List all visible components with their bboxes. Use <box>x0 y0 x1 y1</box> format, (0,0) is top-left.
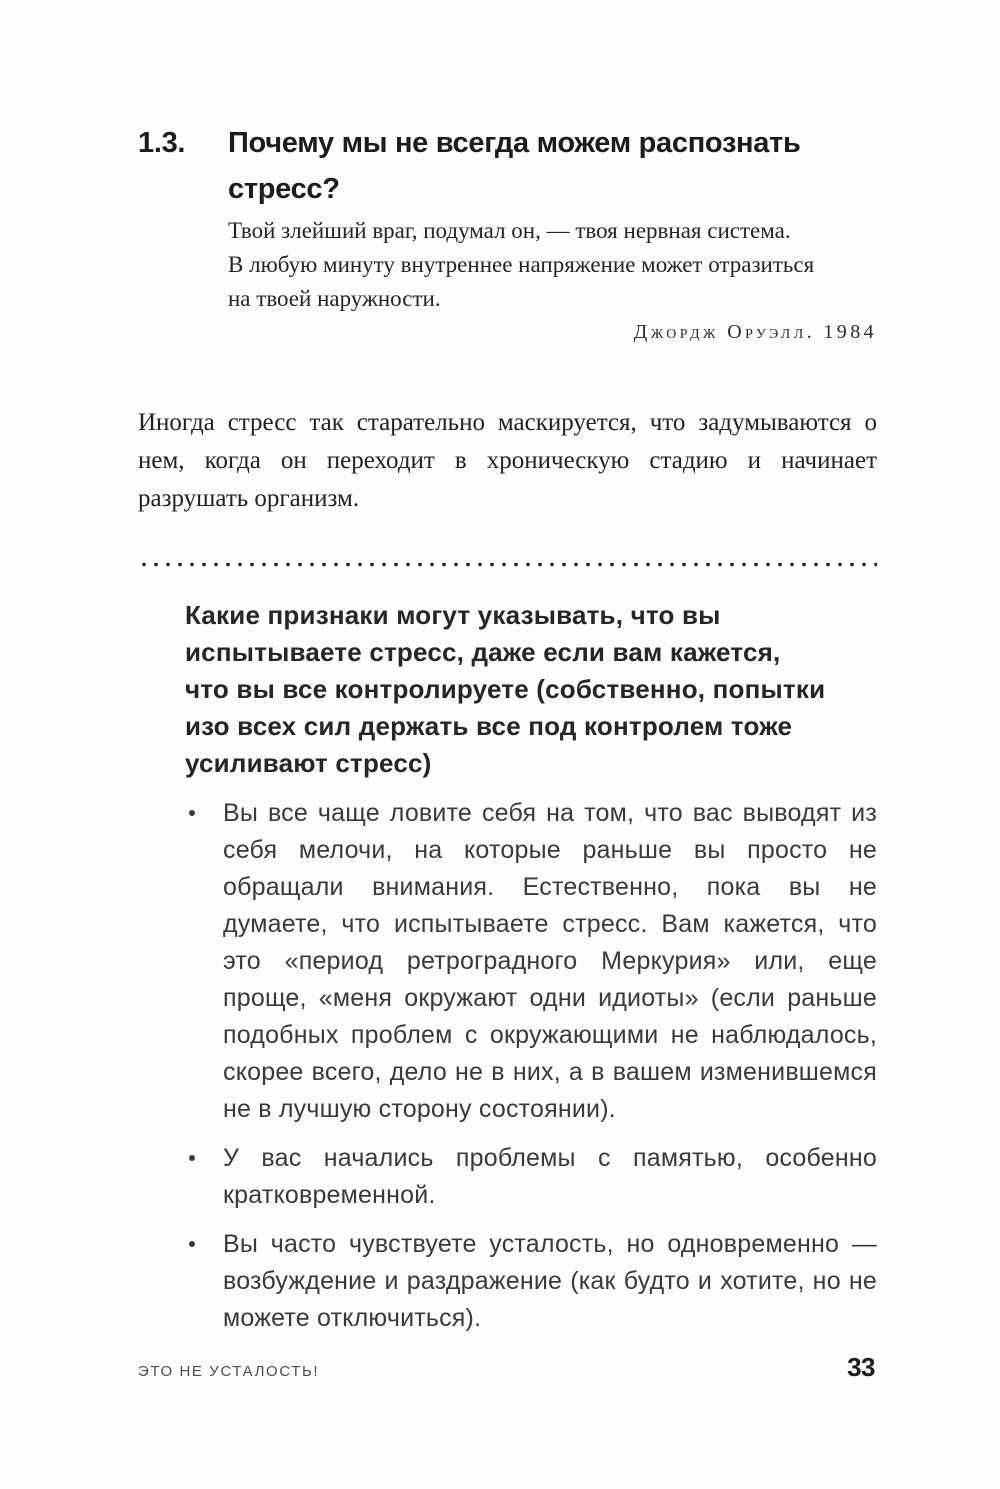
list-item-text: У вас начались проблемы с памятью, особе… <box>223 1144 877 1209</box>
list-item: У вас начались проблемы с памятью, особе… <box>185 1140 877 1214</box>
page-content: 1.3. Почему мы не всегда можем распознат… <box>138 120 877 1349</box>
running-title: ЭТО НЕ УСТАЛОСТЬ! <box>138 1363 319 1380</box>
list-item: Вы часто чувствуете усталость, но одновр… <box>185 1226 877 1337</box>
list-item-text: Вы все чаще ловите себя на том, что вас … <box>223 799 877 1123</box>
signs-callout: Какие признаки могут указывать, что вы и… <box>185 597 877 1337</box>
callout-heading: Какие признаки могут указывать, что вы и… <box>185 597 877 782</box>
book-page: 1.3. Почему мы не всегда можем распознат… <box>0 0 1000 1489</box>
section-title: Почему мы не всегда можем распознать стр… <box>228 120 877 212</box>
list-item-text: Вы часто чувствуете усталость, но одновр… <box>223 1230 877 1332</box>
lead-paragraph: Иногда стресс так старательно маскируетс… <box>138 404 877 518</box>
epigraph: Твой злейший враг, подумал он, — твоя не… <box>228 214 877 344</box>
page-number: 33 <box>847 1352 875 1383</box>
signs-list: Вы все чаще ловите себя на том, что вас … <box>185 795 877 1337</box>
section-number: 1.3. <box>138 120 228 166</box>
list-item: Вы все чаще ловите себя на том, что вас … <box>185 795 877 1128</box>
bullet-icon <box>189 1155 195 1161</box>
bullet-icon <box>189 810 195 816</box>
dotted-divider <box>138 562 877 567</box>
epigraph-attribution: Джордж Оруэлл. 1984 <box>228 321 877 344</box>
page-footer: ЭТО НЕ УСТАЛОСТЬ! 33 <box>138 1352 875 1383</box>
section-heading: 1.3. Почему мы не всегда можем распознат… <box>138 120 877 212</box>
bullet-icon <box>189 1241 195 1247</box>
epigraph-quote: Твой злейший враг, подумал он, — твоя не… <box>228 214 877 316</box>
